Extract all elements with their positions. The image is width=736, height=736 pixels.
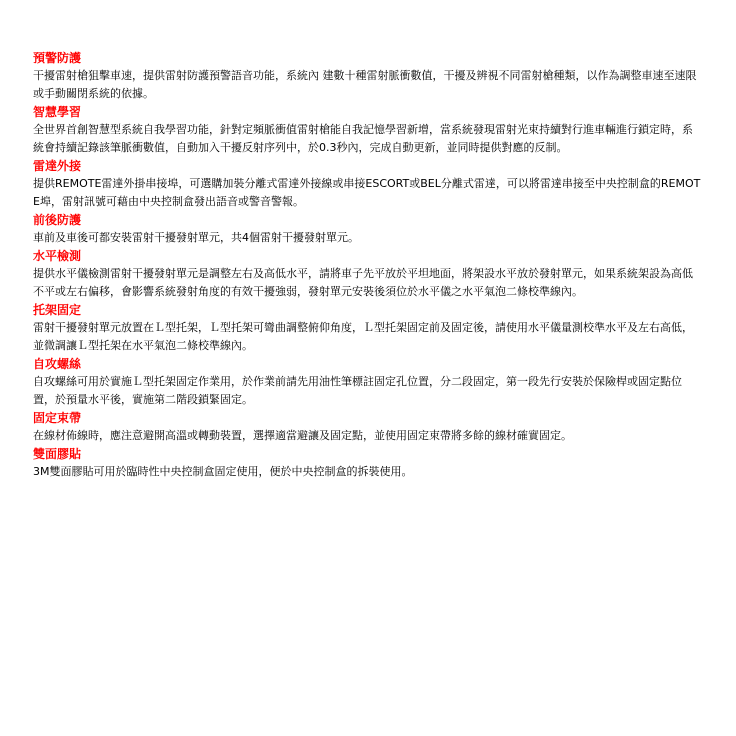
- section-heading: 預警防護: [33, 49, 703, 67]
- section-body: 提供REMOTE雷達外掛串接埠，可選購加裝分離式雷達外接線或串接ESCORT或B…: [33, 175, 703, 211]
- section-bracket-fixing: 托架固定 雷射干擾發射單元放置在Ｌ型托架，Ｌ型托架可彎曲調整俯仰角度，Ｌ型托架固…: [33, 301, 703, 355]
- product-features-document: 預警防護 干擾雷射槍狙擊車速，提供雷射防護預警語音功能，系統內 建數十種雷射脈衝…: [33, 49, 703, 481]
- section-heading: 雷達外接: [33, 157, 703, 175]
- section-body: 全世界首創智慧型系統自我學習功能，針對定頻脈衝值雷射槍能自我記憶學習新增，當系統…: [33, 121, 703, 157]
- section-level-detection: 水平檢測 提供水平儀檢測雷射干擾發射單元是調整左右及高低水平，請將車子先平放於平…: [33, 247, 703, 301]
- section-heading: 前後防護: [33, 211, 703, 229]
- section-heading: 雙面膠貼: [33, 445, 703, 463]
- section-body: 車前及車後可都安裝雷射干擾發射單元，共4個雷射干擾發射單元。: [33, 229, 703, 247]
- section-body: 3M雙面膠貼可用於臨時性中央控制盒固定使用，便於中央控制盒的拆裝使用。: [33, 463, 703, 481]
- section-double-sided-tape: 雙面膠貼 3M雙面膠貼可用於臨時性中央控制盒固定使用，便於中央控制盒的拆裝使用。: [33, 445, 703, 481]
- section-cable-ties: 固定束帶 在線材佈線時，應注意避開高溫或轉動裝置，選擇適當避讓及固定點，並使用固…: [33, 409, 703, 445]
- section-self-tapping-screws: 自攻螺絲 自攻螺絲可用於實施Ｌ型托架固定作業用，於作業前請先用油性筆標註固定孔位…: [33, 355, 703, 409]
- section-body: 自攻螺絲可用於實施Ｌ型托架固定作業用，於作業前請先用油性筆標註固定孔位置，分二段…: [33, 373, 703, 409]
- section-smart-learning: 智慧學習 全世界首創智慧型系統自我學習功能，針對定頻脈衝值雷射槍能自我記憶學習新…: [33, 103, 703, 157]
- section-heading: 托架固定: [33, 301, 703, 319]
- section-body: 干擾雷射槍狙擊車速，提供雷射防護預警語音功能，系統內 建數十種雷射脈衝數值，干擾…: [33, 67, 703, 103]
- section-body: 雷射干擾發射單元放置在Ｌ型托架，Ｌ型托架可彎曲調整俯仰角度，Ｌ型托架固定前及固定…: [33, 319, 703, 355]
- section-heading: 固定束帶: [33, 409, 703, 427]
- section-body: 在線材佈線時，應注意避開高溫或轉動裝置，選擇適當避讓及固定點，並使用固定束帶將多…: [33, 427, 703, 445]
- section-radar-external: 雷達外接 提供REMOTE雷達外掛串接埠，可選購加裝分離式雷達外接線或串接ESC…: [33, 157, 703, 211]
- section-heading: 自攻螺絲: [33, 355, 703, 373]
- section-heading: 水平檢測: [33, 247, 703, 265]
- section-warning-protection: 預警防護 干擾雷射槍狙擊車速，提供雷射防護預警語音功能，系統內 建數十種雷射脈衝…: [33, 49, 703, 103]
- section-front-rear-protection: 前後防護 車前及車後可都安裝雷射干擾發射單元，共4個雷射干擾發射單元。: [33, 211, 703, 247]
- section-heading: 智慧學習: [33, 103, 703, 121]
- section-body: 提供水平儀檢測雷射干擾發射單元是調整左右及高低水平，請將車子先平放於平坦地面，將…: [33, 265, 703, 301]
